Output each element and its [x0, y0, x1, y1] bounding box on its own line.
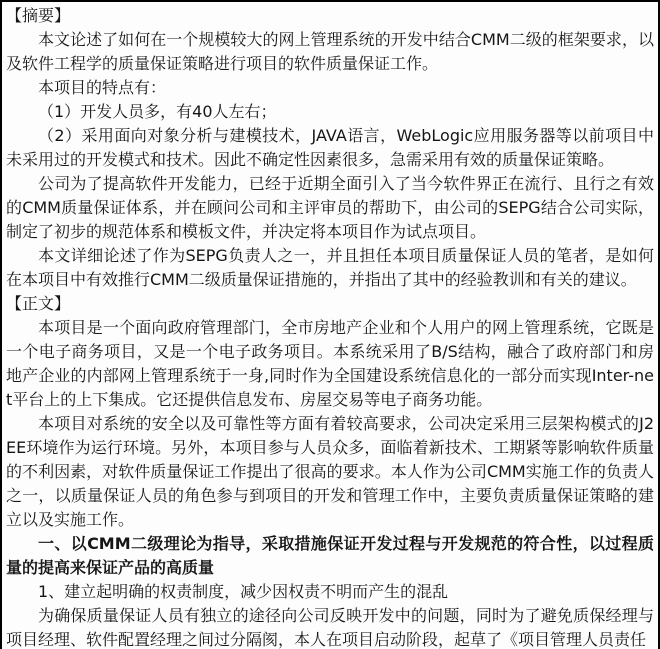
- body-paragraph-2: 本项目对系统的安全以及可靠性等方面有着较高要求，公司决定采用三层架构模式的J2E…: [6, 412, 654, 532]
- body-paragraph-1: 本项目是一个面向政府管理部门，全市房地产企业和个人用户的网上管理系统，它既是一个…: [6, 316, 654, 412]
- body-paragraph-3: 为确保质量保证人员有独立的途径向公司反映开发中的问题，同时为了避免质保经理与项目…: [6, 604, 654, 649]
- abstract-paragraph-2: 本项目的特点有：: [6, 76, 654, 100]
- abstract-paragraph-3: 公司为了提高软件开发能力，已经于近期全面引入了当今软件界正在流行、且行之有效的C…: [6, 172, 654, 244]
- section-label-main-text: 【正文】: [6, 292, 654, 316]
- section-label-abstract: 【摘要】: [6, 4, 654, 28]
- feature-item-1: （1）开发人员多，有40人左右；: [6, 100, 654, 124]
- document-page: 【摘要】 本文论述了如何在一个规模较大的网上管理系统的开发中结合CMM二级的框架…: [0, 0, 660, 649]
- sub-heading-1-1: 1、建立起明确的权责制度，减少因权责不明而产生的混乱: [6, 580, 654, 604]
- abstract-paragraph-1: 本文论述了如何在一个规模较大的网上管理系统的开发中结合CMM二级的框架要求，以及…: [6, 28, 654, 76]
- abstract-paragraph-4: 本文详细论述了作为SEPG负责人之一，并且担任本项目质量保证人员的笔者，是如何在…: [6, 244, 654, 292]
- feature-item-2: （2）采用面向对象分析与建模技术，JAVA语言，WebLogic应用服务器等以前…: [6, 124, 654, 172]
- section-heading-1: 一、以CMM二级理论为指导，采取措施保证开发过程与开发规范的符合性，以过程质量的…: [6, 532, 654, 580]
